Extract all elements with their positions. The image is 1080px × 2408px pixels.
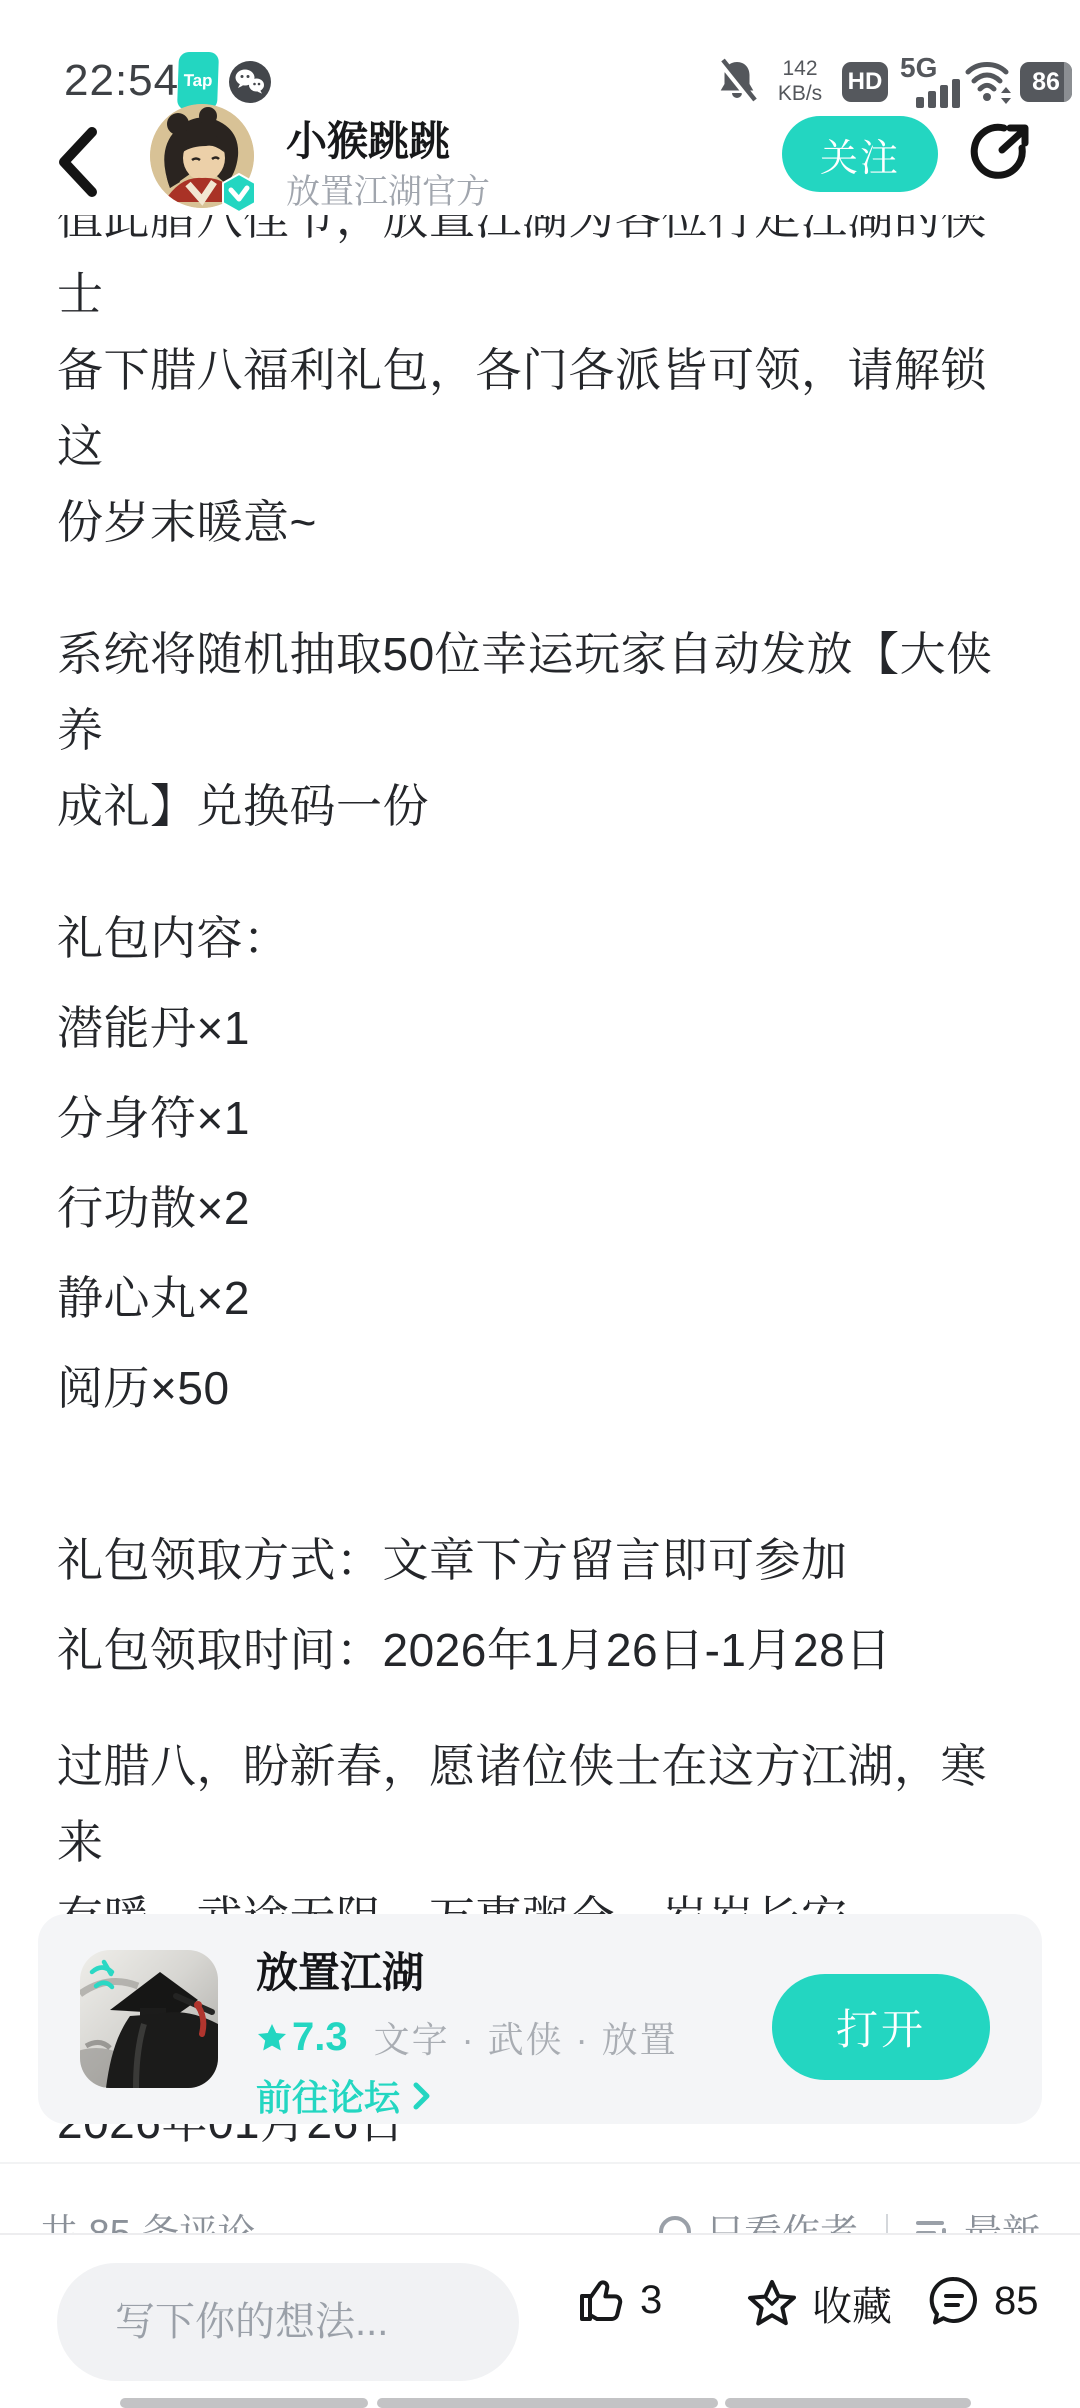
share-icon[interactable]	[966, 118, 1034, 186]
comment-count: 85	[994, 2279, 1039, 2324]
bell-muted-icon	[716, 58, 758, 106]
clock: 22:54	[64, 56, 179, 106]
cellular-signal-icon: 5G	[900, 52, 962, 112]
post-detail-screen: 值此腊八佳节，放置江湖为各位行走江湖的侠士 备下腊八福利礼包，各门各派皆可领，请…	[0, 0, 1080, 2408]
article-paragraph: 礼包领取方式：文章下方留言即可参加	[57, 1522, 1023, 1598]
game-card[interactable]: 放置江湖 7.3 文字 · 武侠 · 放置 前往论坛 打开	[38, 1914, 1042, 2124]
home-indicator	[0, 2398, 1080, 2408]
game-title[interactable]: 放置江湖	[256, 1940, 424, 2000]
favorite-label: 收藏	[812, 2275, 892, 2332]
gift-item: 分身符×1	[57, 1080, 1023, 1156]
taptap-app-icon: Tap	[177, 52, 219, 110]
post-header: 小猴跳跳 放置江湖官方 关注	[0, 108, 1080, 215]
rating-value: 7.3	[292, 2015, 348, 2060]
battery-icon: 86	[1020, 62, 1072, 102]
hd-badge: HD	[842, 62, 888, 102]
author-avatar[interactable]	[150, 104, 258, 212]
favorite-button[interactable]: 收藏	[746, 2275, 892, 2332]
wifi-icon	[964, 56, 1014, 108]
verified-badge-icon	[218, 172, 260, 214]
star-outline-icon	[746, 2279, 798, 2329]
thumbs-up-icon	[576, 2275, 626, 2325]
gift-item: 潜能丹×1	[57, 990, 1023, 1066]
article-paragraph: 值此腊八佳节，放置江湖为各位行走江湖的侠士 备下腊八福利礼包，各门各派皆可领，请…	[57, 180, 1023, 560]
wechat-icon	[228, 60, 272, 104]
game-tags: 文字 · 武侠 · 放置	[374, 2012, 678, 2063]
gift-item: 静心丸×2	[57, 1260, 1023, 1336]
article-body: 值此腊八佳节，放置江湖为各位行走江湖的侠士 备下腊八福利礼包，各门各派皆可领，请…	[57, 180, 1023, 2160]
star-icon	[256, 2022, 288, 2054]
article-paragraph: 系统将随机抽取50位幸运玩家自动发放【大侠养 成礼】兑换码一份	[57, 616, 1023, 844]
game-rating: 7.3 文字 · 武侠 · 放置	[256, 2012, 678, 2063]
back-button[interactable]	[52, 126, 104, 198]
author-subtitle: 放置江湖官方	[286, 164, 490, 213]
comments-button[interactable]: 85	[928, 2275, 1039, 2327]
follow-button[interactable]: 关注	[782, 116, 938, 192]
chevron-right-icon	[410, 2081, 432, 2111]
network-speed: 142 KB/s	[768, 56, 832, 106]
comment-input-pill[interactable]	[57, 2263, 519, 2381]
top-chrome: 22:54 Tap 142	[0, 0, 1080, 215]
gift-item: 阅历×50	[57, 1350, 1023, 1426]
comment-bubble-icon	[928, 2275, 980, 2327]
article-paragraph: 礼包内容：	[57, 900, 1023, 976]
forum-link[interactable]: 前往论坛	[256, 2070, 432, 2121]
author-name[interactable]: 小猴跳跳	[286, 108, 450, 167]
game-icon[interactable]	[80, 1950, 218, 2088]
open-game-button[interactable]: 打开	[772, 1974, 990, 2080]
like-count: 3	[640, 2278, 662, 2323]
gift-item: 行功散×2	[57, 1170, 1023, 1246]
comment-input[interactable]	[113, 2299, 473, 2346]
article-paragraph: 礼包领取时间：2026年1月26日-1月28日	[57, 1612, 1023, 1688]
bottom-action-bar: 3 收藏 85	[0, 2233, 1080, 2408]
like-button[interactable]: 3	[576, 2275, 662, 2325]
section-divider	[0, 2162, 1080, 2164]
